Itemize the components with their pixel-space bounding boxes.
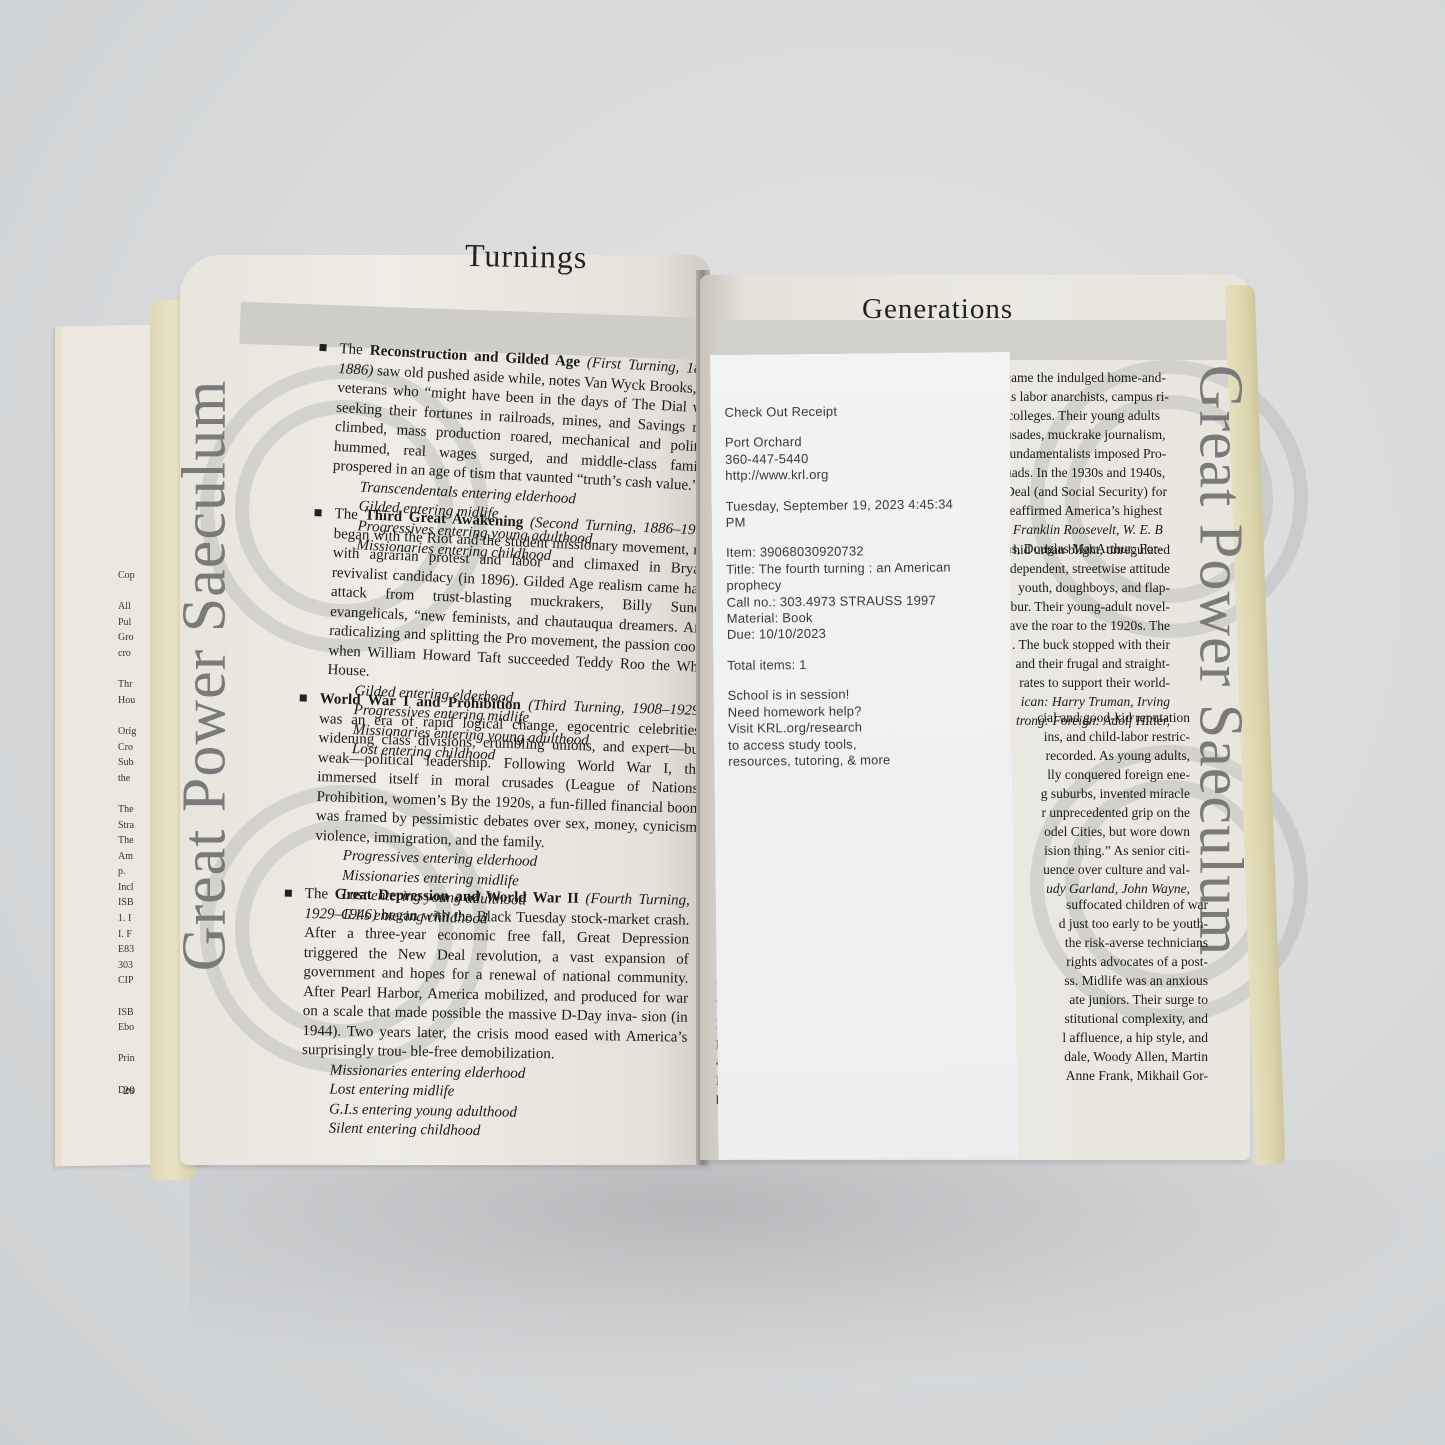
text-line: rates to support their world- <box>1005 673 1170 692</box>
text-line: ave the roar to the 1920s. The <box>1005 616 1170 635</box>
generation-text-block-4: suffocated children of ward just too ear… <box>1040 895 1208 1085</box>
bullet-icon <box>314 509 321 516</box>
receipt-call-number: Call no.: 303.4973 STRAUSS 1997 <box>727 592 955 611</box>
vertical-watermark-title: Great Power Saeculum <box>170 376 241 976</box>
entry-text: World War I and Prohibition (Third Turni… <box>315 690 705 858</box>
text-line: the risk-averse technicians <box>1040 933 1208 952</box>
generation-list: Missionaries entering elderhood Lost ent… <box>329 1061 687 1145</box>
text-line: dependent, streetwise attitude <box>1005 559 1170 578</box>
text-line: ate juniors. Their surge to <box>1040 990 1208 1009</box>
text-line: fundamentalists imposed Pro- <box>1005 444 1160 463</box>
entry-text: The Third Great Awakening (Second Turnin… <box>327 505 720 698</box>
text-line: uads. In the 1930s and 1940s, <box>1005 463 1160 482</box>
text-line: . The buck stopped with their <box>1005 635 1170 654</box>
text-line: g suburbs, invented miracle <box>1030 784 1190 803</box>
generation-text-block-2: hid urban blight, unregulateddependent, … <box>1005 540 1170 730</box>
entry-text: The Great Depression and World War II (F… <box>302 885 690 1067</box>
book-shadow <box>190 1160 1445 1390</box>
text-line: suffocated children of war <box>1040 895 1208 914</box>
text-line: usades, muckrake journalism, <box>1005 425 1160 444</box>
text-line: : Franklin Roosevelt, W. E. B <box>1005 520 1160 539</box>
receipt-book-title: Title: The fourth turning : an American <box>726 559 954 578</box>
text-line: came the indulged home-and- <box>1005 368 1160 387</box>
text-line: Anne Frank, Mikhail Gor- <box>1040 1066 1208 1085</box>
bullet-icon <box>319 344 326 351</box>
text-line: uence over culture and val- <box>1030 860 1190 879</box>
receipt-datetime: Tuesday, September 19, 2023 4:45:34 <box>726 496 954 515</box>
entry-text: The Reconstruction and Gilded Age (First… <box>332 340 724 498</box>
page-heading-turnings: Turnings <box>465 237 588 276</box>
text-line: ins, and child-labor restric- <box>1030 727 1190 746</box>
text-line: ss. Midlife was an anxious <box>1040 971 1208 990</box>
text-line: as labor anarchists, campus ri- <box>1005 387 1160 406</box>
text-line: colleges. Their young adults <box>1005 406 1160 425</box>
generation-text-block-1: came the indulged home-and-as labor anar… <box>1005 368 1160 558</box>
page-number: 20 <box>123 1083 135 1098</box>
text-line: r unprecedented grip on the <box>1030 803 1190 822</box>
text-line: l affluence, a hip style, and <box>1040 1028 1208 1047</box>
text-line: dale, Woody Allen, Martin <box>1040 1047 1208 1066</box>
receipt-text: Check Out Receipt Port Orchard 360-447-5… <box>725 402 956 770</box>
text-line: d just too early to be youth- <box>1040 914 1208 933</box>
text-line: ision thing.” As senior citi- <box>1030 841 1190 860</box>
text-line: lly conquered foreign ene- <box>1030 765 1190 784</box>
text-line: reaffirmed America’s highest <box>1005 501 1160 520</box>
text-line: cial and good-kid reputation <box>1030 708 1190 727</box>
text-line: and their frugal and straight- <box>1005 654 1170 673</box>
text-line: youth, doughboys, and flap- <box>1005 578 1170 597</box>
text-line: rights advocates of a post- <box>1040 952 1208 971</box>
text-line: hid urban blight, unregulated <box>1005 540 1170 559</box>
bullet-icon <box>300 694 307 701</box>
generation-text-block-3: cial and good-kid reputationins, and chi… <box>1030 708 1190 898</box>
receipt-message-line: resources, tutoring, & more <box>728 751 956 770</box>
turning-entry-4: The Great Depression and World War II (F… <box>301 885 690 1145</box>
bullet-icon <box>285 890 292 897</box>
text-line: Deal (and Social Security) for <box>1005 482 1160 501</box>
page-heading-generations: Generations <box>862 293 1013 326</box>
text-line: odel Cities, but wore down <box>1030 822 1190 841</box>
vertical-watermark-title: Great Power Saeculum <box>1185 361 1256 961</box>
text-line: recorded. As young adults, <box>1030 746 1190 765</box>
text-line: bur. Their young-adult novel- <box>1005 597 1170 616</box>
checkout-receipt[interactable]: Check Out Receipt Port Orchard 360-447-5… <box>710 352 1018 1160</box>
text-line: stitutional complexity, and <box>1040 1009 1208 1028</box>
